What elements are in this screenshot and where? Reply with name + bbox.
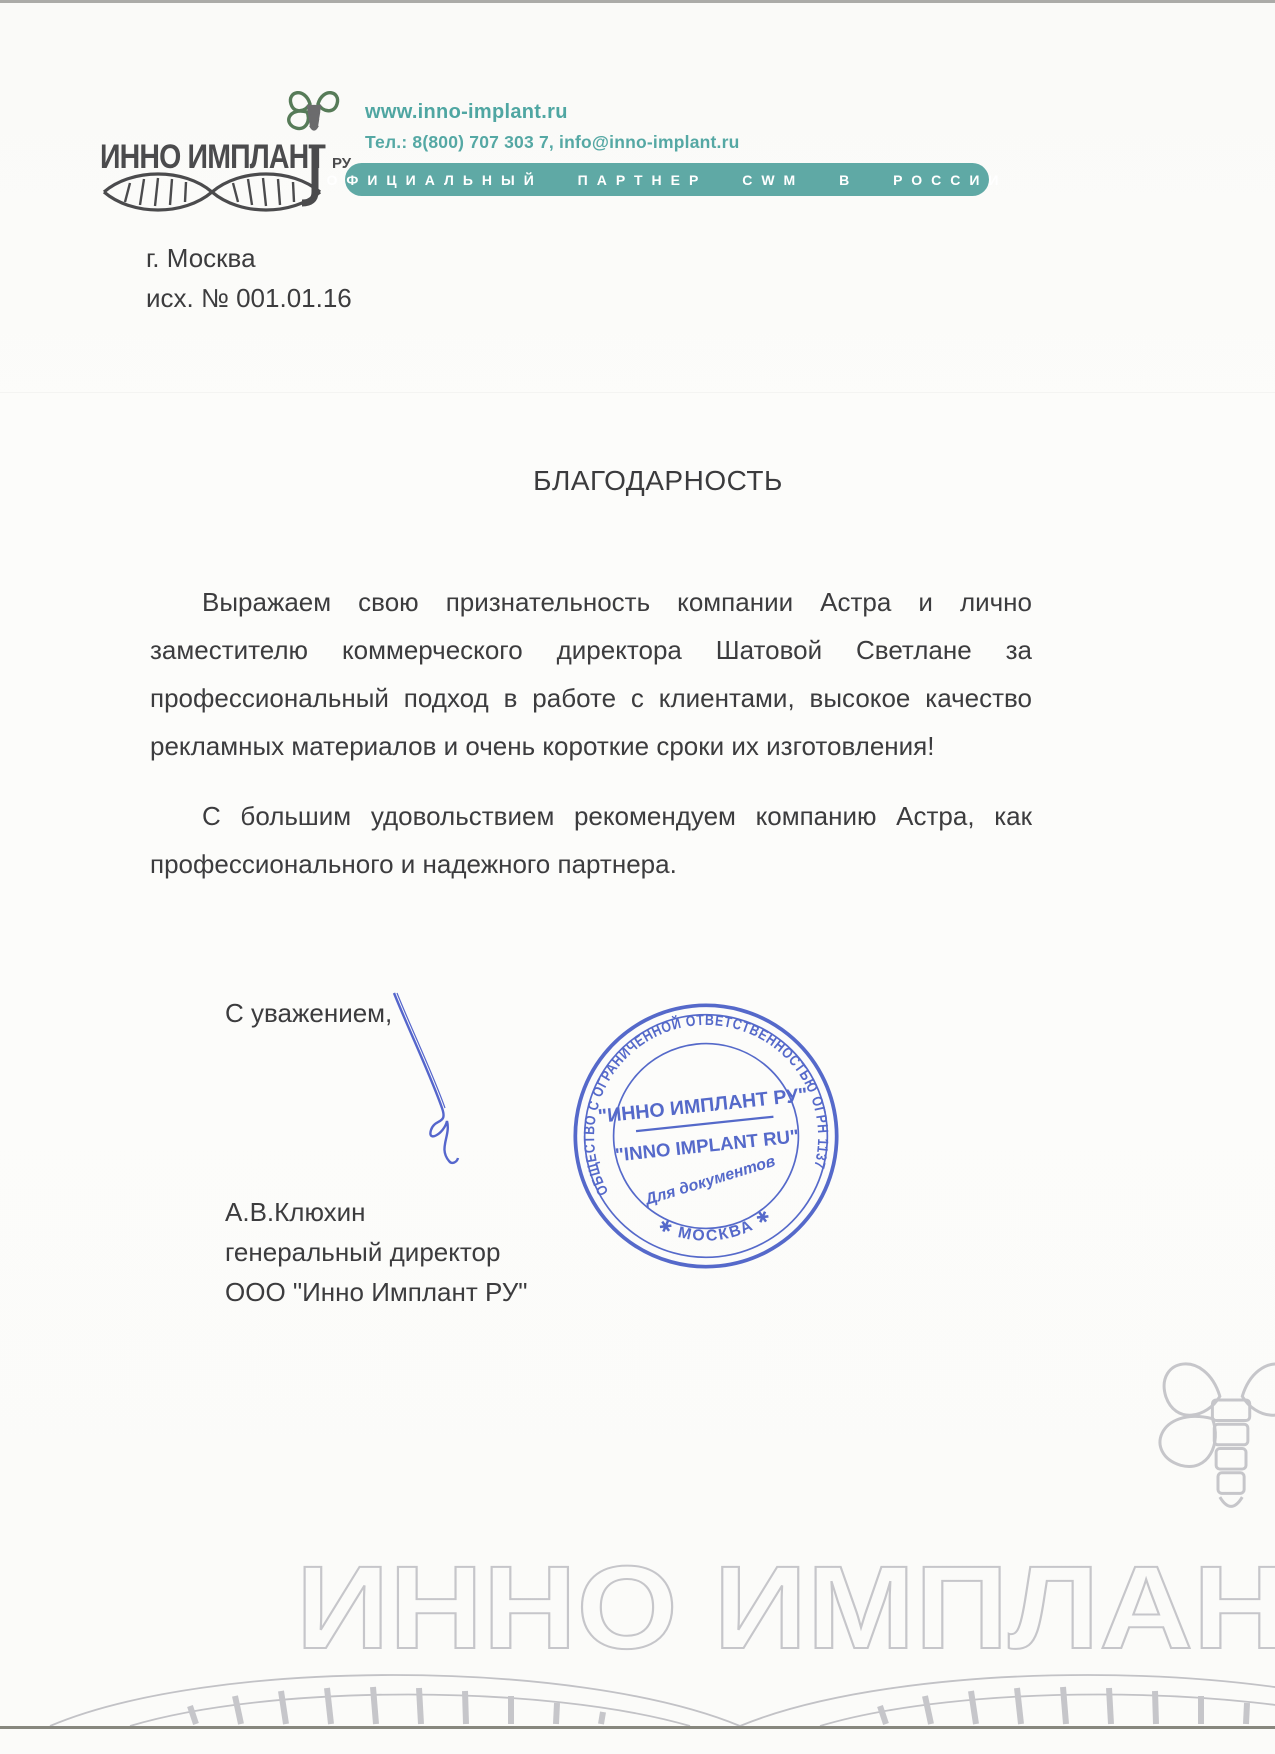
company-stamp: ОБЩЕСТВО С ОГРАНИЧЕННОЙ ОТВЕТСТВЕННОСТЬЮ… <box>552 982 860 1290</box>
watermark-brand-text: ИННО ИМПЛАНТ <box>296 1540 1275 1675</box>
partner-banner-text: ОФИЦИАЛЬНЫЙ ПАРТНЕР CWM В РОССИИ <box>327 172 1008 188</box>
letter-meta: г. Москва исх. № 001.01.16 <box>146 244 352 312</box>
stamp-bottom-text: ✱ МОСКВА ✱ <box>654 1205 777 1250</box>
dna-helix-icon <box>104 174 320 210</box>
logo-brand-text: ИННО ИМПЛАНТ <box>100 138 326 176</box>
website-text: www.inno-implant.ru <box>365 101 568 124</box>
inno-implant-logo-icon: ИННО ИМПЛАНТ РУ <box>98 90 388 212</box>
stamp-for-documents: Для документов <box>641 1153 777 1209</box>
scan-top-edge <box>0 0 1275 3</box>
scan-bottom-edge <box>0 1726 1275 1729</box>
city-line: г. Москва <box>146 244 352 272</box>
title-wrap: БЛАГОДАРНОСТЬ <box>42 465 1274 497</box>
clover-implant-icon <box>289 93 338 130</box>
paper-crease <box>0 392 1275 393</box>
paragraph-2: С большим удовольствием рекомендуем комп… <box>150 792 1032 888</box>
signatory-company: ООО "Инно Имплант РУ" <box>225 1272 528 1312</box>
paragraph-1: Выражаем свою признательность компании А… <box>150 578 1032 770</box>
signatory-block: А.В.Клюхин генеральный директор ООО "Инн… <box>225 1192 528 1312</box>
handwritten-signature <box>378 990 508 1180</box>
signatory-position: генеральный директор <box>225 1232 528 1272</box>
ref-number-line: исх. № 001.01.16 <box>146 284 352 312</box>
letter-body: Выражаем свою признательность компании А… <box>150 578 1032 888</box>
signatory-name: А.В.Клюхин <box>225 1192 528 1232</box>
stamp-center-ru: "ИННО ИМПЛАНТ РУ" <box>597 1084 809 1128</box>
partner-banner: ОФИЦИАЛЬНЫЙ ПАРТНЕР CWM В РОССИИ <box>345 163 989 196</box>
phone-email-text: Тел.: 8(800) 707 303 7, info@inno-implan… <box>365 132 740 153</box>
svg-text:ИННО ИМПЛАНТ: ИННО ИМПЛАНТ <box>296 1542 1275 1674</box>
watermark-dna-icon <box>0 1660 1275 1754</box>
svg-text:✱ МОСКВА ✱: ✱ МОСКВА ✱ <box>654 1205 777 1250</box>
salutation: С уважением, <box>225 998 392 1029</box>
scanned-letter-page: ИННО ИМПЛАНТ РУ <box>0 0 1275 1754</box>
letter-title: БЛАГОДАРНОСТЬ <box>533 465 783 496</box>
